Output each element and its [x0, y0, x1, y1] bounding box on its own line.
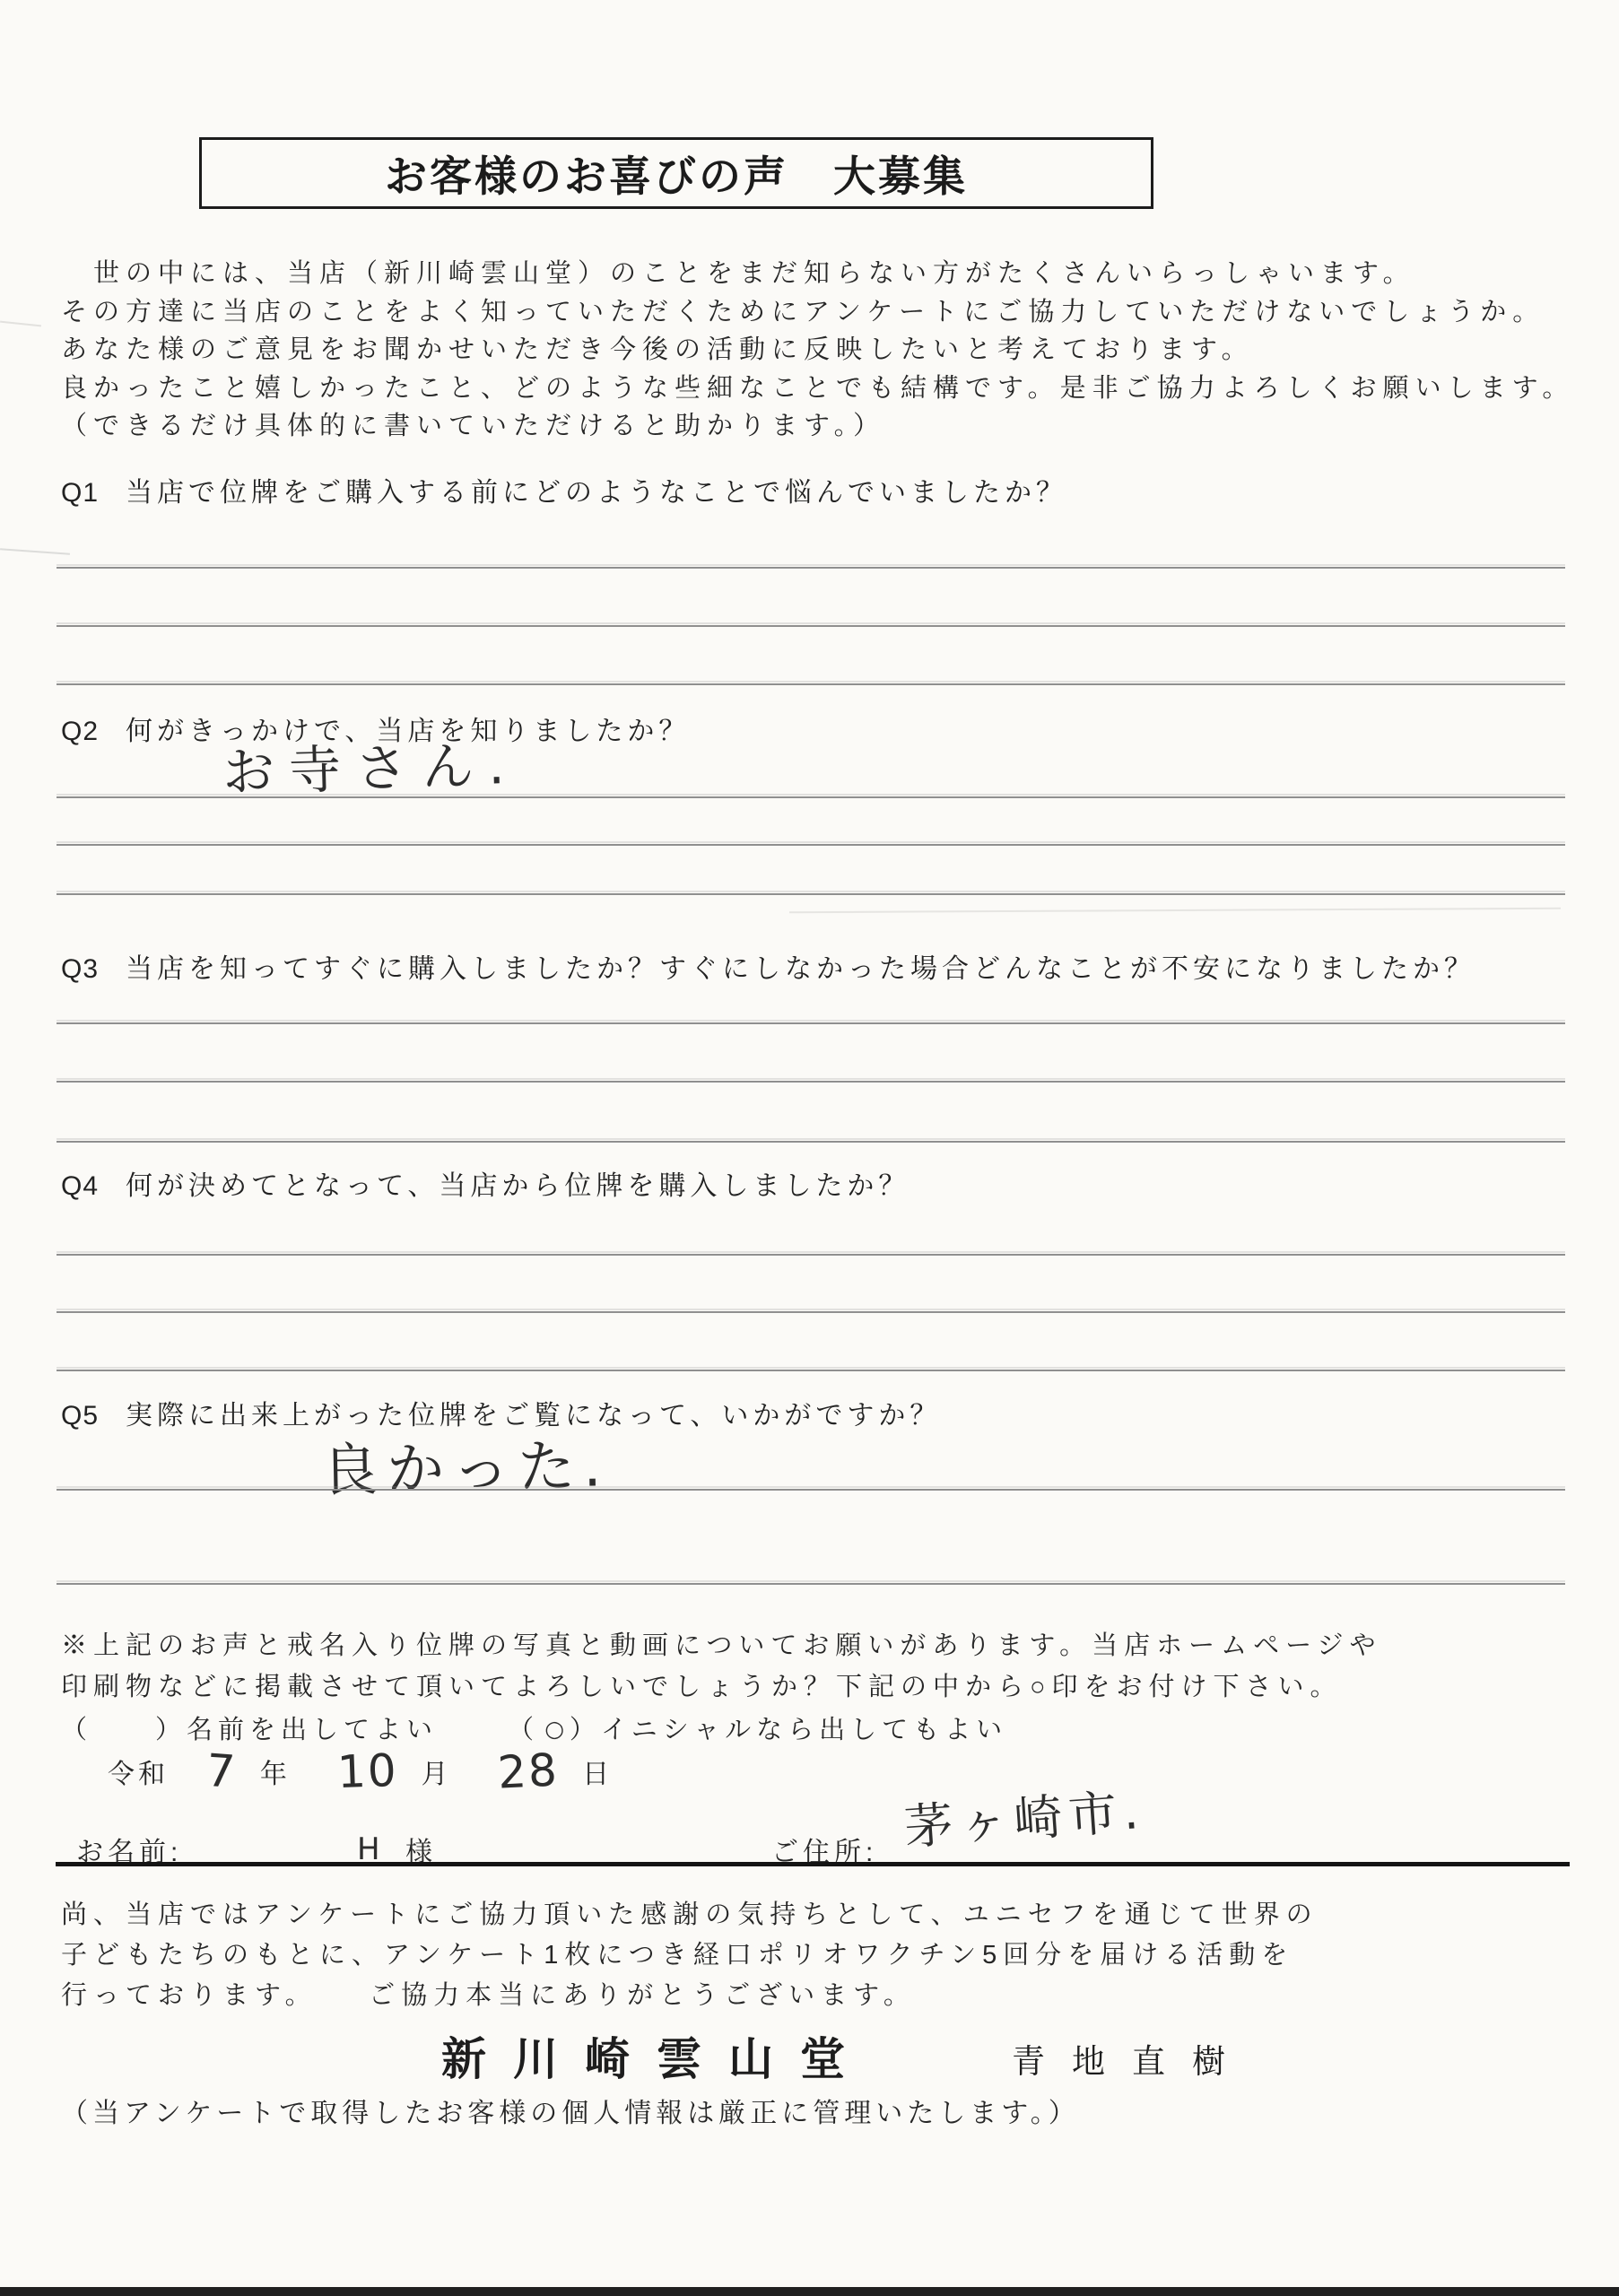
intro-line: その方達に当店のことをよく知っていただくためにアンケートにご協力していただけない…: [61, 291, 1545, 328]
option-initial-label: ）イニシャルなら出してもよい: [570, 1716, 1007, 1744]
answer-line: [57, 844, 1565, 846]
question-q3: Q3当店を知ってすぐに購入しましたか？すぐにしなかった場合どんなことが不安になり…: [61, 946, 1475, 986]
month-unit: 月: [421, 1760, 451, 1789]
question-id: Q5: [61, 1401, 126, 1431]
day-unit: 日: [582, 1760, 613, 1789]
answer-line: [57, 1370, 1565, 1371]
answer-line: [57, 1141, 1565, 1143]
intro-line: （できるだけ具体的に書いていただけると助かります。）: [61, 405, 885, 442]
shop-name: 新川崎雲山堂: [441, 2023, 872, 2088]
answer-line: [57, 683, 1565, 685]
year-unit: 年: [260, 1760, 291, 1789]
scan-crease: [789, 908, 1561, 914]
question-q4: Q4何が決めてとなって、当店から位牌を購入しましたか？: [61, 1163, 910, 1203]
intro-line: 世の中には、当店（新川崎雲山堂）のことをまだ知らない方がたくさんいらっしゃいます…: [61, 253, 1415, 290]
question-id: Q2: [61, 717, 126, 747]
answer-line: [57, 796, 1565, 798]
intro-line: あなた様のご意見をお聞かせいただき今後の活動に反映したいと考えております。: [61, 329, 1254, 366]
question-q1: Q1当店で位牌をご購入する前にどのようなことで悩んでいましたか？: [61, 470, 1067, 509]
handwritten-address: 茅ヶ崎市.: [902, 1773, 1147, 1859]
era-label: 令和: [108, 1760, 169, 1789]
scan-edge-bar: [0, 2287, 1619, 2296]
answer-line: [57, 1081, 1565, 1083]
page-title: お客様のお喜びの声 大募集: [385, 143, 968, 204]
question-id: Q1: [61, 478, 126, 509]
question-text: 何が決めてとなって、当店から位牌を購入しましたか？: [126, 1171, 910, 1201]
question-id: Q3: [61, 954, 126, 985]
date-row: 令和7年10月28日: [108, 1742, 613, 1794]
answer-line: [57, 1311, 1565, 1313]
option-name-ok: （ ）名前を出してよい: [61, 1716, 438, 1744]
answer-line: [57, 893, 1565, 895]
question-id: Q4: [61, 1171, 126, 1202]
scan-crease: [0, 548, 70, 554]
option-initial-paren-open: （: [508, 1716, 539, 1744]
answer-line: [57, 1583, 1565, 1585]
scanned-survey-page: お客様のお喜びの声 大募集 世の中には、当店（新川崎雲山堂）のことをまだ知らない…: [0, 0, 1619, 2296]
answer-line: [57, 625, 1565, 627]
handwritten-month: 10: [336, 1744, 399, 1798]
answer-line: [57, 567, 1565, 569]
handwritten-circle-mark: ○: [538, 1714, 571, 1743]
answer-line: [57, 1254, 1565, 1256]
title-box: お客様のお喜びの声 大募集: [199, 137, 1153, 209]
footer-line: 尚、当店ではアンケートにご協力頂いた感謝の気持ちとして、ユニセフを通じて世界の: [61, 1894, 1319, 1931]
privacy-note: （当アンケートで取得したお客様の個人情報は厳正に管理いたします。）: [61, 2091, 1080, 2130]
question-text: 当店を知ってすぐに購入しましたか？すぐにしなかった場合どんなことが不安になりまし…: [126, 954, 1475, 984]
handwritten-year: 7: [205, 1744, 239, 1798]
answer-line: [57, 1489, 1565, 1491]
handwritten-answer-q2: お寺さん.: [222, 723, 520, 806]
footer-line: 行っております。 ご協力本当にありがとうございます。: [61, 1975, 916, 2012]
question-text: 当店で位牌をご購入する前にどのようなことで悩んでいましたか？: [126, 478, 1067, 508]
handwritten-answer-q5: 良かった.: [320, 1420, 610, 1508]
scan-crease: [0, 321, 41, 327]
intro-line: 良かったこと嬉しかったこと、どのような些細なことでも結構です。是非ご協力よろしく…: [61, 368, 1574, 404]
answer-line: [57, 1022, 1565, 1024]
handwritten-day: 28: [497, 1744, 561, 1798]
signature-divider: [56, 1862, 1570, 1866]
permission-options: （ ）名前を出してよい（○）イニシャルなら出してもよい: [61, 1709, 1007, 1746]
permission-note-line: ※上記のお声と戒名入り位牌の写真と動画についてお願いがあります。当店ホームページ…: [61, 1625, 1382, 1662]
owner-name: 青地直樹: [1012, 2034, 1252, 2083]
footer-line: 子どもたちのもとに、アンケート1枚につき経口ポリオワクチン5回分を届ける活動を: [61, 1935, 1293, 1971]
permission-note-line: 印刷物などに掲載させて頂いてよろしいでしょうか？下記の中から○印をお付け下さい。: [61, 1666, 1343, 1703]
